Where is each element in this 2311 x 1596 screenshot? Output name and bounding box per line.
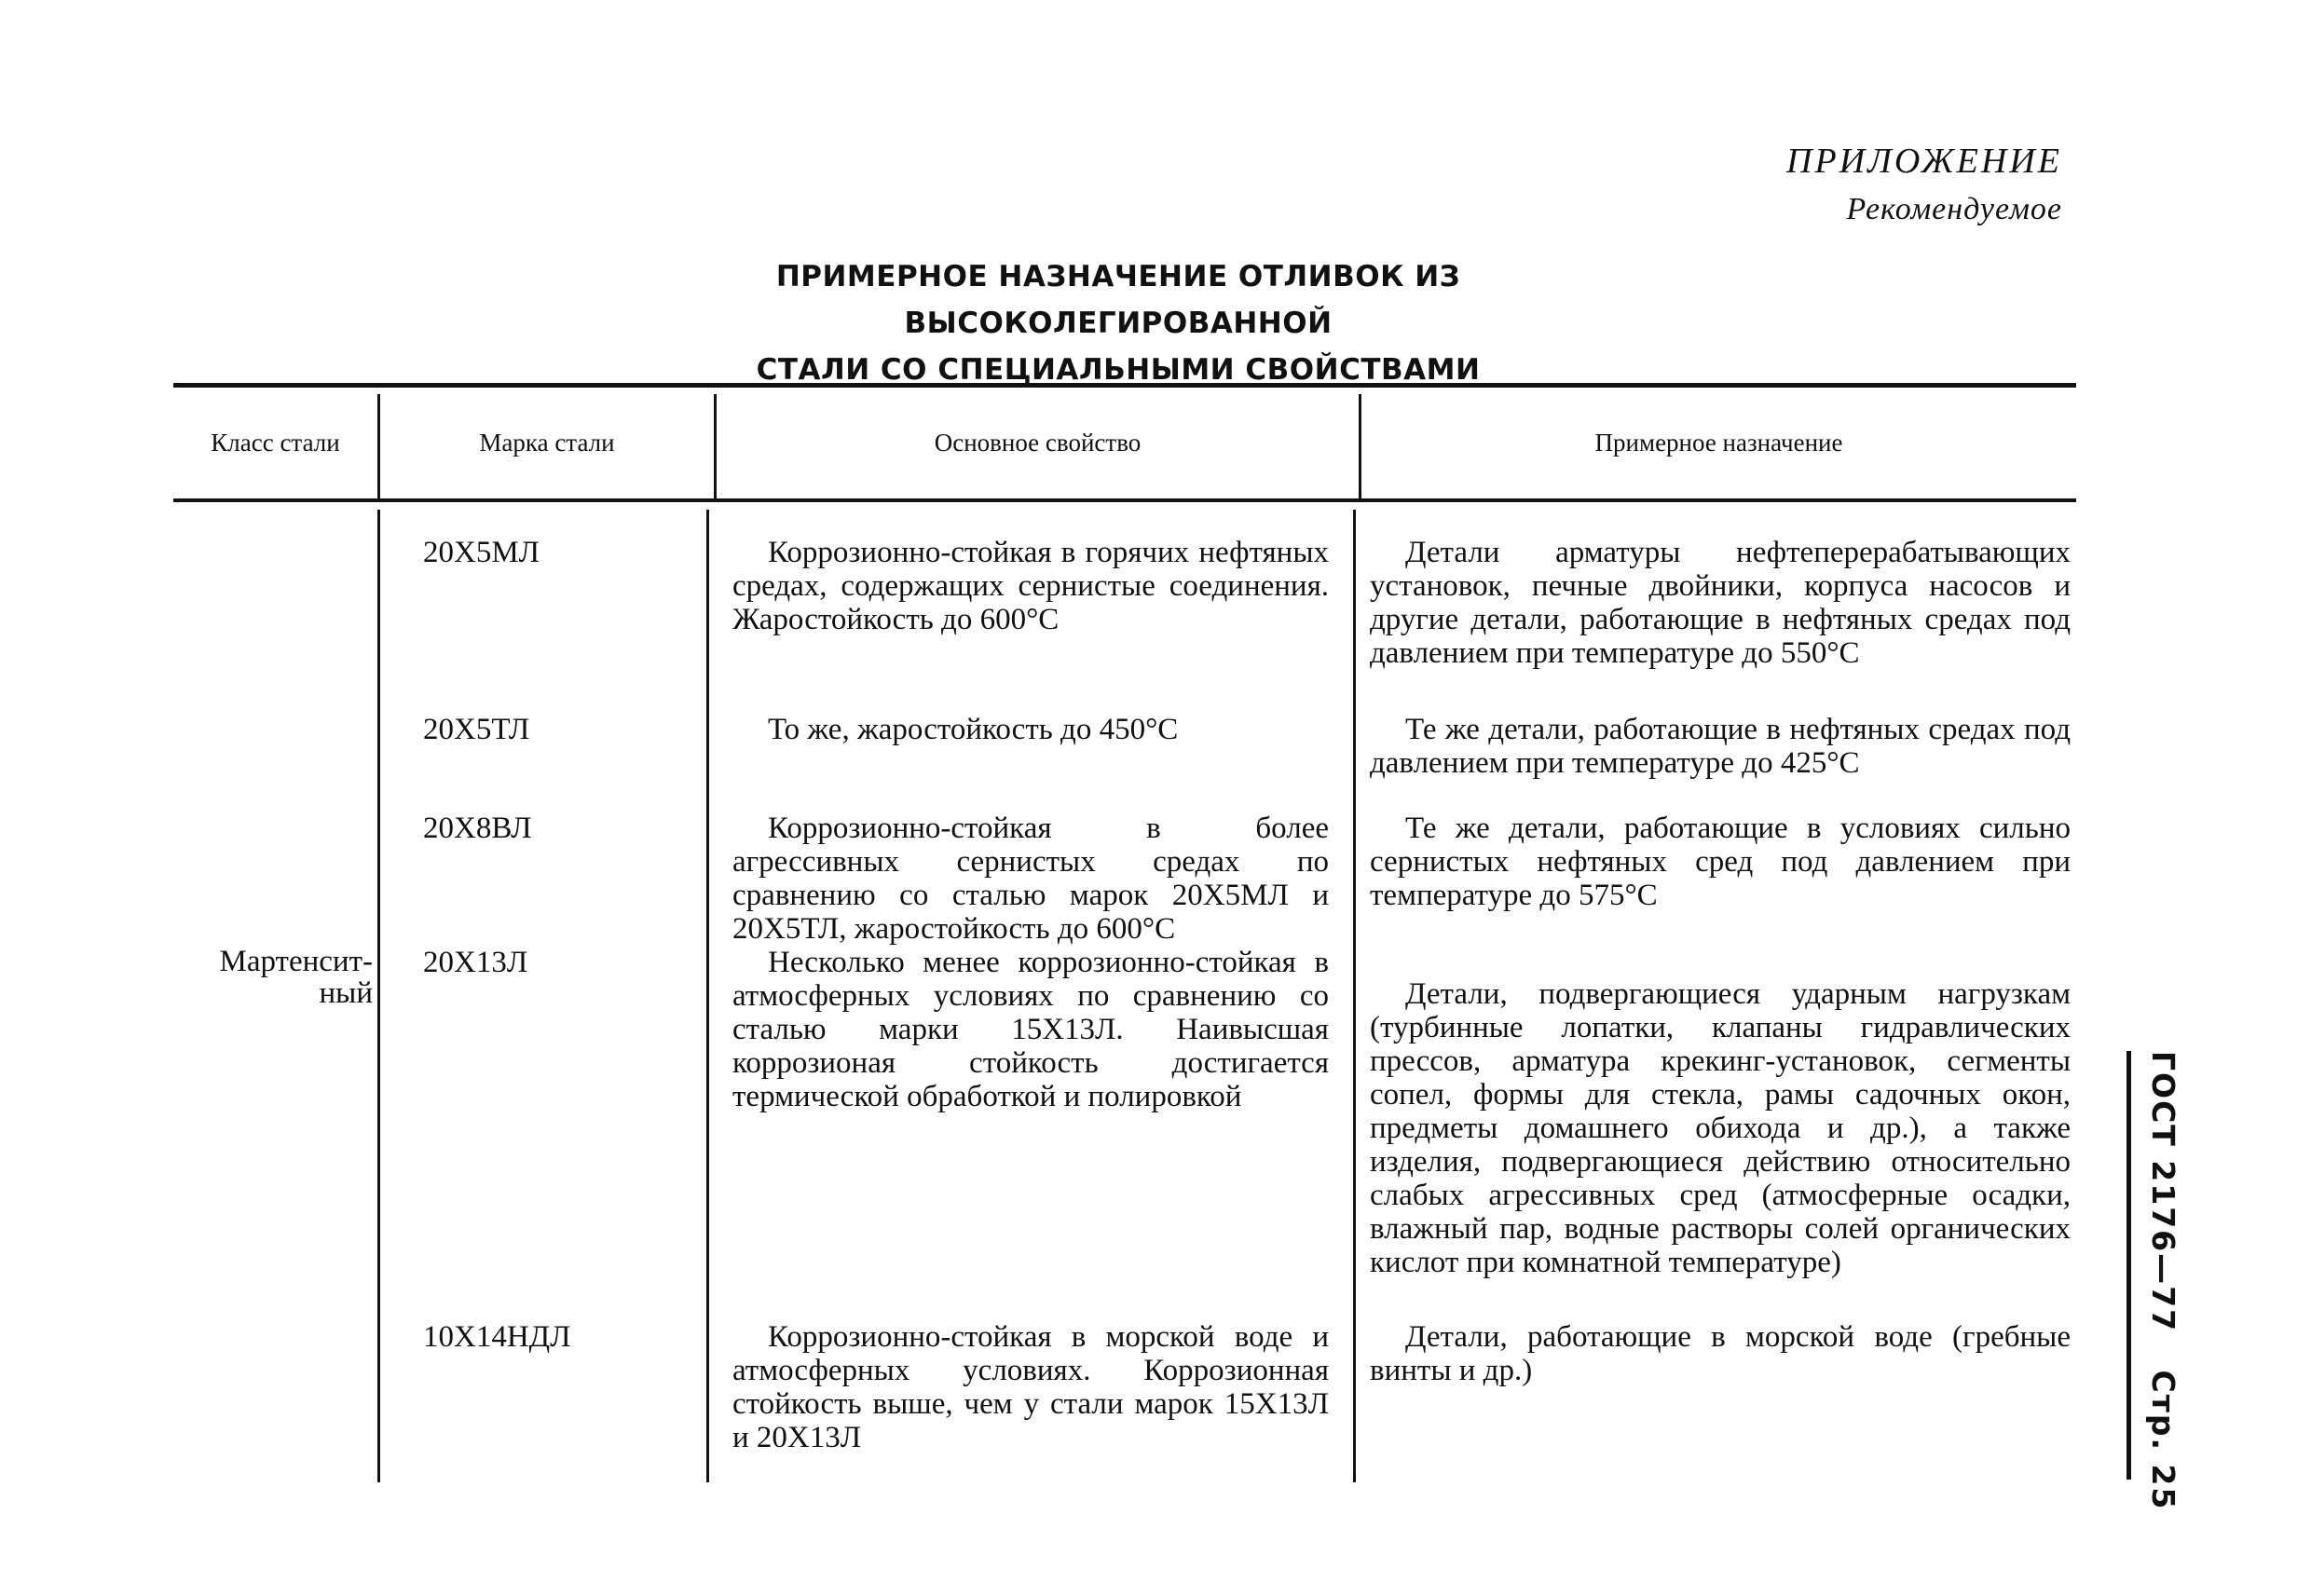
header-steel-grade: Марка стали — [380, 388, 714, 498]
purpose-cell: Детали, работающие в морской воде (гребн… — [1370, 1320, 2071, 1387]
header-steel-class: Класс стали — [173, 388, 377, 498]
grade-cell: 20Х5МЛ — [423, 536, 540, 569]
appendix-title: ПРИЛОЖЕНИЕ — [1786, 136, 2062, 186]
header-main-property: Основное свойство — [717, 388, 1359, 498]
table-header-rule — [173, 498, 2076, 502]
page-title: ПРИМЕРНОЕ НАЗНАЧЕНИЕ ОТЛИВОК ИЗ ВЫСОКОЛЕ… — [559, 253, 1677, 393]
grade-cell: 10Х14НДЛ — [423, 1320, 571, 1354]
grade-cell: 20Х5ТЛ — [423, 713, 529, 746]
property-cell: То же, жаростойкость до 450°С — [732, 713, 1329, 746]
standard-sidebar: ГОСТ 2176—77 Стр. 25 — [2108, 1051, 2182, 1480]
column-divider — [377, 510, 380, 1482]
steel-class-cell: Мартенсит- ный — [173, 946, 373, 1009]
purpose-cell: Те же детали, работающие в нефтяных сред… — [1370, 713, 2071, 780]
steel-table: Класс стали Марка стали Основное свойств… — [173, 383, 2076, 1482]
standard-reference: ГОСТ 2176—77 Стр. 25 — [2145, 1051, 2181, 1510]
sidebar-rule — [2126, 1051, 2131, 1480]
standard-number: ГОСТ 2176—77 — [2145, 1051, 2181, 1332]
column-divider — [1353, 510, 1356, 1482]
appendix-subtitle: Рекомендуемое — [1786, 186, 2062, 233]
page-number: Стр. 25 — [2145, 1371, 2181, 1511]
column-divider — [706, 510, 709, 1482]
header-purpose: Примерное назначение — [1361, 388, 2076, 498]
property-cell: Несколько менее коррозионно-стойкая в ат… — [732, 946, 1329, 1113]
appendix-label: ПРИЛОЖЕНИЕ Рекомендуемое — [1786, 136, 2062, 233]
purpose-cell: Детали арматуры нефтеперерабатывающих ус… — [1370, 536, 2071, 670]
grade-cell: 20Х13Л — [423, 946, 527, 979]
purpose-cell: Те же детали, работающие в условиях силь… — [1370, 812, 2071, 912]
grade-cell: 20Х8ВЛ — [423, 812, 531, 845]
purpose-cell: Детали, подвергающиеся ударным нагрузкам… — [1370, 977, 2071, 1279]
property-cell: Коррозионно-стойкая в горячих нефтяных с… — [732, 536, 1329, 636]
page-title-line-1: ПРИМЕРНОЕ НАЗНАЧЕНИЕ ОТЛИВОК ИЗ ВЫСОКОЛЕ… — [559, 253, 1677, 347]
property-cell: Коррозионно-стойкая в морской воде и атм… — [732, 1320, 1329, 1454]
property-cell: Коррозионно-стойкая в более агрессивных … — [732, 812, 1329, 946]
